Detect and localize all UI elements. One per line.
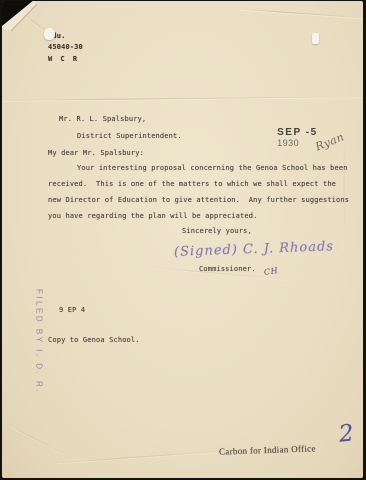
recipient-name: Mr. R. L. Spalsbury,	[59, 115, 146, 123]
body-line: Your interesting proposal concerning the…	[77, 164, 348, 172]
folded-corner	[2, 1, 43, 36]
ref-typist-initials: W C R	[48, 55, 79, 63]
signature-initials: CH	[263, 266, 278, 277]
document-page: Edu. 45040-30 W C R SEP -5 1930 Ryan Mr.…	[2, 1, 363, 478]
paper-crease	[9, 425, 62, 454]
body-line: new Director of Education to give attent…	[48, 196, 349, 204]
filing-code: 9 EP 4	[59, 306, 85, 314]
date-stamp-month-day: SEP -5	[277, 127, 318, 138]
date-stamp: SEP -5 1930	[260, 116, 318, 160]
paper-crease	[57, 450, 237, 464]
scanned-document-view: { "colors": { "paper": "#eadfc5", "ink":…	[0, 0, 366, 480]
carbon-stamp: Carbon for Indian Office	[219, 443, 316, 456]
signature-stamp: (Signed) C. J. Rhoads	[174, 239, 334, 260]
recipient-title: District Superintendent.	[77, 132, 182, 140]
body-line: you have regarding the plan will be appr…	[48, 212, 258, 220]
paper-crease	[2, 96, 363, 101]
date-stamp-year: 1930	[277, 138, 299, 148]
paper-crease	[344, 132, 345, 252]
body-line: received. This is one of the matters to …	[48, 180, 336, 188]
filed-stamp: FILED BY I. D. R.	[35, 276, 44, 408]
ryan-annotation: Ryan	[314, 130, 347, 153]
salutation: My dear Mr. Spalsbury:	[48, 149, 144, 157]
copy-notation: Copy to Genoa School.	[48, 336, 140, 344]
correction-spot	[312, 33, 319, 44]
page-number-annotation: 2	[338, 420, 355, 447]
ref-department: Edu.	[48, 32, 65, 40]
paper-crease	[240, 9, 363, 19]
signature-title: Commissioner.	[199, 265, 256, 273]
closing: Sincerely yours,	[182, 227, 252, 235]
ref-file-number: 45040-30	[48, 43, 83, 51]
